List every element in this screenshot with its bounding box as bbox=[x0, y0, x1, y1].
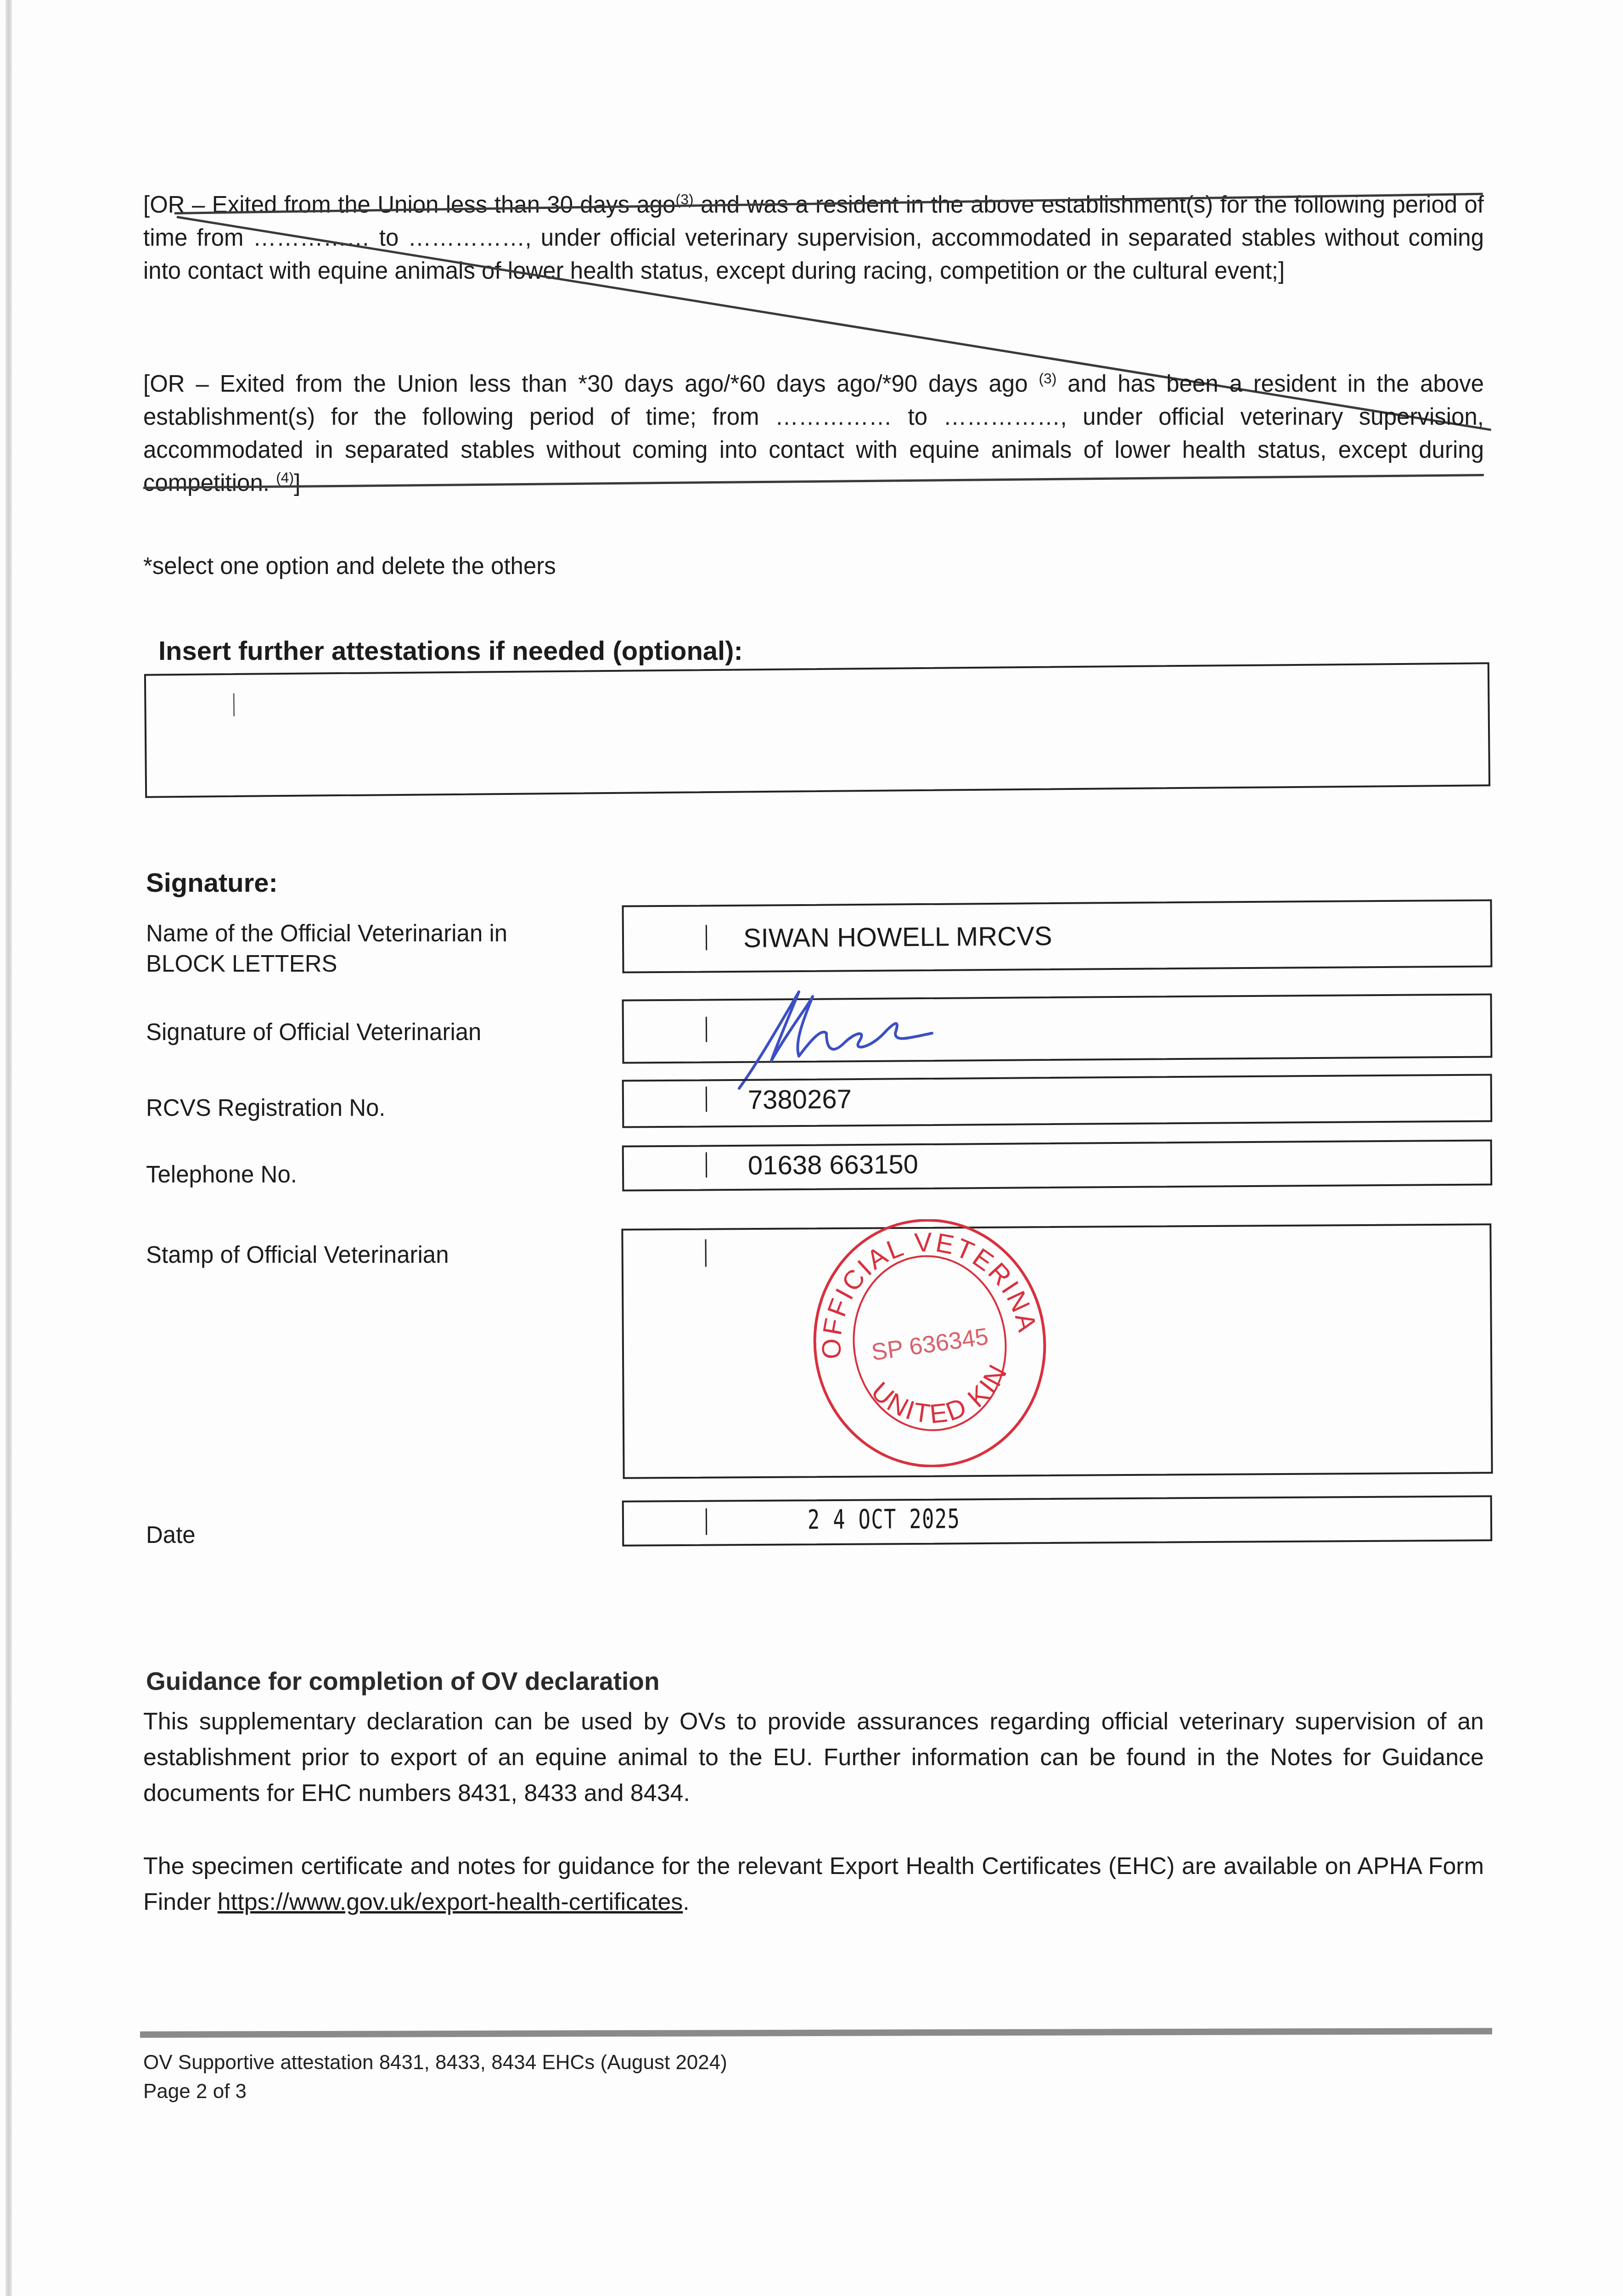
guidance-paragraph-2-suffix: . bbox=[683, 1889, 689, 1915]
signature-heading: Signature: bbox=[146, 868, 278, 898]
signature-label: Signature of Official Veterinarian bbox=[146, 1017, 482, 1047]
field-marker bbox=[706, 1152, 707, 1177]
telephone-label: Telephone No. bbox=[146, 1159, 297, 1190]
ov-name-label: Name of the Official Veterinarian in BLO… bbox=[146, 918, 559, 979]
guidance-paragraph-1: This supplementary declaration can be us… bbox=[143, 1704, 1484, 1811]
option-paragraph-2: [OR – Exited from the Union less than *3… bbox=[143, 367, 1484, 500]
footnote-ref: (4) bbox=[276, 469, 294, 486]
select-note: *select one option and delete the others bbox=[143, 551, 556, 581]
field-marker bbox=[706, 1017, 707, 1042]
stamp-number: SP 636345 bbox=[870, 1323, 990, 1366]
paragraph-1-prefix: [OR – Exited from the Union less than 30… bbox=[143, 191, 675, 218]
footer-title: OV Supportive attestation 8431, 8433, 84… bbox=[143, 2049, 727, 2077]
ov-name-value: SIWAN HOWELL MRCVS bbox=[743, 921, 1052, 954]
footer-rule bbox=[140, 2028, 1492, 2038]
guidance-paragraph-2: The specimen certificate and notes for g… bbox=[143, 1848, 1484, 1920]
handwritten-signature bbox=[735, 987, 955, 1093]
further-attestations-heading: Insert further attestations if needed (o… bbox=[158, 636, 743, 666]
telephone-field[interactable]: 01638 663150 bbox=[622, 1139, 1493, 1191]
paragraph-2-prefix: [OR – Exited from the Union less than *3… bbox=[143, 371, 1028, 397]
guidance-heading: Guidance for completion of OV declaratio… bbox=[146, 1666, 659, 1696]
export-health-certificates-link[interactable]: https://www.gov.uk/export-health-certifi… bbox=[218, 1889, 683, 1915]
field-marker bbox=[706, 1086, 707, 1112]
page-number: Page 2 of 3 bbox=[143, 2078, 247, 2105]
date-value: 2 4 OCT 2025 bbox=[808, 1503, 960, 1535]
paragraph-2-suffix: ] bbox=[294, 470, 300, 496]
further-attestations-field[interactable] bbox=[144, 662, 1490, 798]
stamp-field[interactable] bbox=[621, 1223, 1493, 1479]
date-label: Date bbox=[146, 1520, 196, 1550]
footnote-ref: (3) bbox=[1039, 370, 1056, 387]
rcvs-value: 7380267 bbox=[748, 1084, 852, 1115]
field-marker bbox=[705, 1239, 706, 1267]
rcvs-label: RCVS Registration No. bbox=[146, 1093, 386, 1123]
field-marker bbox=[706, 1508, 707, 1535]
ov-name-field[interactable]: SIWAN HOWELL MRCVS bbox=[622, 899, 1493, 973]
official-stamp: OFFICIAL VETERINARIAN UNITED KINGDOM SP … bbox=[806, 1219, 1054, 1467]
field-marker bbox=[233, 693, 234, 716]
date-field[interactable]: 2 4 OCT 2025 bbox=[622, 1495, 1493, 1547]
document-page: [OR – Exited from the Union less than 30… bbox=[0, 0, 1623, 2296]
field-marker bbox=[706, 925, 707, 950]
rcvs-field[interactable]: 7380267 bbox=[622, 1074, 1493, 1128]
telephone-value: 01638 663150 bbox=[748, 1149, 918, 1181]
stamp-label: Stamp of Official Veterinarian bbox=[146, 1240, 449, 1270]
